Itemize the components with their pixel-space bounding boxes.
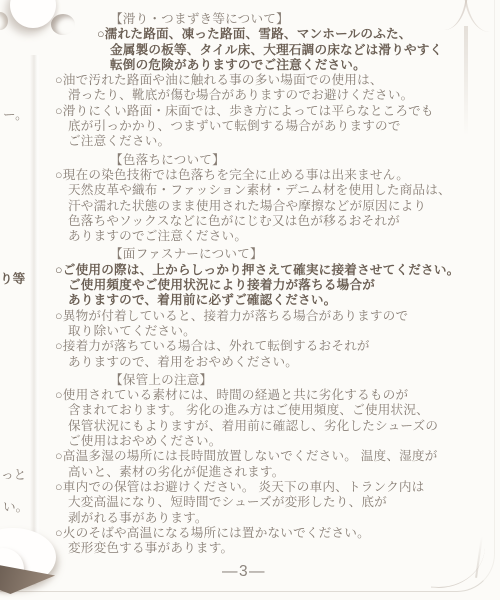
left-page-fragment: っと <box>1 468 26 483</box>
text-line: 剥がれる事があります。 <box>55 511 493 526</box>
section-heading: 【色落ちについて】 <box>110 153 493 168</box>
text-line: 取り除いてください。 <box>55 324 493 339</box>
section-heading: 【保管上の注意】 <box>110 373 493 388</box>
text-line: 高いと、素材の劣化が促進されます。 <box>55 465 493 480</box>
text-line: 汗や濡れた状態のまま使用された場合や摩擦などが原因により <box>55 199 493 214</box>
bullet-item: ○使用されている素材には、時間の経過と共に劣化するものが含まれております。 劣化… <box>55 388 493 449</box>
text-line: ○異物が付着していると、接着力が落ちる場合がありますので <box>55 309 493 324</box>
left-page-fragment: ー。 <box>3 108 28 123</box>
bullet-item: ○接着力が落ちている場合は、外れて転倒するおそれがありますので、着用をおやめくだ… <box>55 339 493 370</box>
text-line: ○濡れた路面、凍った路面、雪路、マンホールのふた、 <box>97 27 493 42</box>
bullet-item: ○滑りにくい路面・床面では、歩き方によっては平らなところでも底が引っかかり、つま… <box>55 104 493 150</box>
text-line: 変形変色する事があります。 <box>55 541 493 556</box>
bullet-item: ○車内での保管はお避けください。 炎天下の車内、トランク内は大変高温になり、短時… <box>55 480 493 526</box>
text-line: 滑ったり、靴底が傷む場合がありますのでお避けください。 <box>55 88 493 103</box>
text-line: ありますので、着用前に必ずご確認ください。 <box>55 293 493 308</box>
left-page-fragment: り等 <box>0 272 25 287</box>
text-line: ○接着力が落ちている場合は、外れて転倒するおそれが <box>55 339 493 354</box>
text-line: ○使用されている素材には、時間の経過と共に劣化するものが <box>55 388 493 403</box>
text-line: ご注意ください。 <box>55 134 493 149</box>
left-page-fragment: い。 <box>3 500 28 515</box>
text-line: 金属製の板等、タイル床、大理石調の床などは滑りやすく <box>97 43 493 58</box>
scan-artifact-top-left-blob <box>10 0 56 28</box>
text-line: 大変高温になり、短時間でシューズが変形したり、底が <box>55 495 493 510</box>
page-number: ―3― <box>190 563 298 581</box>
section-heading: 【滑り・つまずき等について】 <box>110 12 493 27</box>
text-line: ありますので、着用をおやめください。 <box>55 355 493 370</box>
bullet-item: ○火のそばや高温になる場所には置かないでください。変形変色する事があります。 <box>55 526 493 557</box>
text-line: ○車内での保管はお避けください。 炎天下の車内、トランク内は <box>55 480 493 495</box>
scan-artifact-left-edge-blob <box>0 12 8 30</box>
text-line: ○ご使用の際は、上からしっかり押さえて確実に接着させてください。 <box>55 263 493 278</box>
bullet-item: ○ご使用の際は、上からしっかり押さえて確実に接着させてください。ご使用頻度やご使… <box>55 263 493 309</box>
section-heading: 【面ファスナーについて】 <box>110 247 493 262</box>
bullet-item: ○油で汚れた路面や油に触れる事の多い場面での使用は、滑ったり、靴底が傷む場合があ… <box>55 73 493 104</box>
page-content: 【滑り・つまずき等について】○濡れた路面、凍った路面、雪路、マンホールのふた、金… <box>55 12 493 556</box>
bullet-item: ○濡れた路面、凍った路面、雪路、マンホールのふた、金属製の板等、タイル床、大理石… <box>97 27 493 73</box>
bullet-item: ○現在の染色技術では色落ちを完全に止める事は出来ません。天然皮革や織布・ファッシ… <box>55 168 493 244</box>
text-line: 天然皮革や織布・ファッション素材・デニム材を使用した商品は、 <box>55 183 493 198</box>
text-line: 色落ちやソックスなどに色がにじむ又は色が移るおそれが <box>55 214 493 229</box>
text-line: ○火のそばや高温になる場所には置かないでください。 <box>55 526 493 541</box>
text-line: ○油で汚れた路面や油に触れる事の多い場面での使用は、 <box>55 73 493 88</box>
text-line: ○現在の染色技術では色落ちを完全に止める事は出来ません。 <box>55 168 493 183</box>
bullet-item: ○高温多湿の場所には長時間放置しないでください。 温度、湿度が高いと、素材の劣化… <box>55 449 493 480</box>
text-line: 転倒の危険がありますのでご注意ください。 <box>97 58 493 73</box>
text-line: ○高温多湿の場所には長時間放置しないでください。 温度、湿度が <box>55 449 493 464</box>
text-line: ご使用頻度やご使用状況により接着力が落ちる場合が <box>55 278 493 293</box>
text-line: 保管状況にもよりますが、着用前に確認し、劣化したシューズの <box>55 419 493 434</box>
text-line: ご使用はおやめください。 <box>55 434 493 449</box>
text-line: ありますのでご注意ください。 <box>55 229 493 244</box>
text-line: ○滑りにくい路面・床面では、歩き方によっては平らなところでも <box>55 104 493 119</box>
text-line: 底が引っかかり、つまずいて転倒する場合がありますので <box>55 119 493 134</box>
binding-crease <box>30 55 40 585</box>
text-line: 含まれております。 劣化の進み方はご使用頻度、ご使用状況、 <box>55 403 493 418</box>
bullet-item: ○異物が付着していると、接着力が落ちる場合がありますので取り除いてください。 <box>55 309 493 340</box>
